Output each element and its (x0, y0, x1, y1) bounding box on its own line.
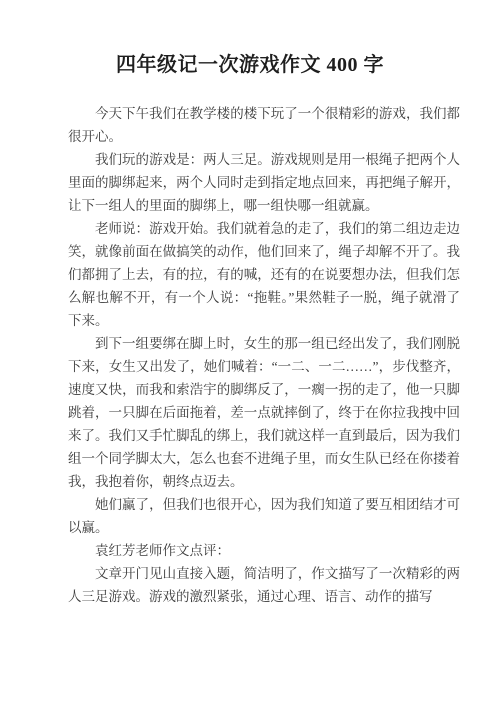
paragraph-race: 到下一组要绑在脚上时，女生的那一组已经出发了，我们刚脱下来，女生又出发了，她们喊… (68, 332, 460, 493)
paragraph-intro: 今天下午我们在教学楼的楼下玩了一个很精彩的游戏，我们都很开心。 (68, 102, 460, 148)
document-page: 四年级记一次游戏作文 400 字 今天下午我们在教学楼的楼下玩了一个很精彩的游戏… (0, 0, 496, 702)
paragraph-conclusion: 她们赢了，但我们也很开心，因为我们知道了要互相团结才可以赢。 (68, 493, 460, 539)
paragraph-teacher-heading: 袁红芳老师作文点评： (68, 539, 460, 562)
essay-body: 今天下午我们在教学楼的楼下玩了一个很精彩的游戏，我们都很开心。 我们玩的游戏是：… (68, 102, 460, 608)
paragraph-teacher-comment: 文章开门见山直接入题，简洁明了，作文描写了一次精彩的两人三足游戏。游戏的激烈紧张… (68, 562, 460, 608)
paragraph-game-rules: 我们玩的游戏是：两人三足。游戏规则是用一根绳子把两个人里面的脚绑起来，两个人同时… (68, 148, 460, 217)
page-title: 四年级记一次游戏作文 400 字 (40, 50, 460, 80)
paragraph-game-start: 老师说：游戏开始。我们就着急的走了，我们的第二组边走边笑，就像前面在做搞笑的动作… (68, 217, 460, 332)
